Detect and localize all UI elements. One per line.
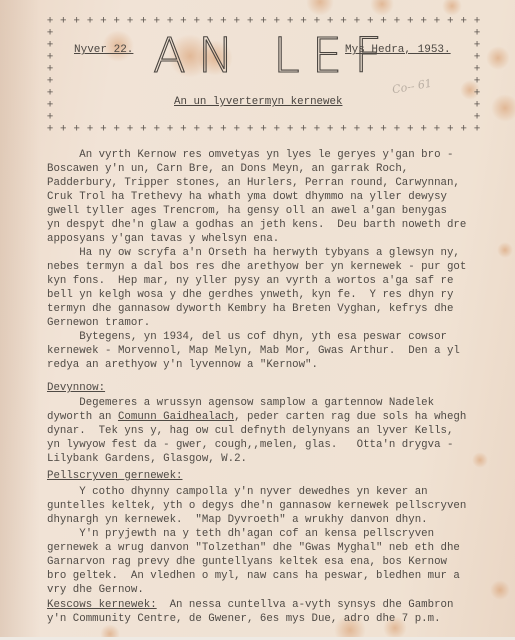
text-line: Cruk Trol ha Trethevy ha whath yma dowt … [47, 192, 447, 203]
border-plus: + [407, 17, 414, 28]
border-plus: + [140, 125, 147, 136]
text-line: yn lywyow fest da - gwer, cough,,melen, … [47, 440, 453, 451]
border-plus: + [47, 77, 54, 88]
text-line: bro geltek. An vledhen o myl, naw cans h… [47, 571, 460, 582]
text-line: gwell tyller ages Trencrom, ha gensy oll… [47, 206, 447, 217]
section-heading: Devynnow: [47, 383, 105, 394]
text-line: nebes termyn a dal bos res dhe arethyow … [47, 262, 466, 273]
text-line: Lilybank Gardens, Glasgow, W.2. [47, 454, 247, 465]
border-plus: + [474, 101, 481, 112]
border-plus: + [447, 17, 454, 28]
newsletter-title: AN LEF [153, 32, 394, 80]
issue-date: Mys Hedra, 1953. [345, 44, 451, 56]
text-line: termyn dhe gannasow dyworth Kembry ha Br… [47, 304, 453, 315]
border-plus: + [260, 17, 267, 28]
newsletter-page: ++++++++++++++++++++++++++++++++++++++++… [0, 0, 515, 637]
text-line: apposyans y'gan tavas y whelsyn ena. [47, 234, 279, 245]
border-plus: + [274, 125, 281, 136]
border-plus: + [47, 65, 54, 76]
border-plus: + [100, 125, 107, 136]
border-plus: + [87, 125, 94, 136]
border-plus: + [327, 17, 334, 28]
border-plus: + [180, 125, 187, 136]
border-plus: + [287, 17, 294, 28]
border-plus: + [474, 17, 481, 28]
border-plus: + [47, 53, 54, 64]
border-plus: + [207, 125, 214, 136]
border-plus: + [167, 17, 174, 28]
text-line: An nessa cuntellva a-vyth synsys dhe Gam… [47, 600, 453, 611]
text-line: yn despyt dhe'n glaw a godhas an jeth ke… [47, 220, 466, 231]
border-plus: + [47, 29, 54, 40]
border-plus: + [380, 17, 387, 28]
border-plus: + [340, 17, 347, 28]
border-plus: + [100, 17, 107, 28]
text-line: Ha ny ow scryfa a'n Orseth ha herwyth ty… [47, 248, 460, 259]
border-plus: + [220, 125, 227, 136]
border-plus: + [287, 125, 294, 136]
newsletter-subtitle: An un lyvertermyn kernewek [174, 96, 342, 108]
border-plus: + [314, 17, 321, 28]
border-plus: + [87, 17, 94, 28]
border-plus: + [193, 17, 200, 28]
pencil-annotation: Co-- 61 [391, 77, 433, 97]
border-plus: + [180, 17, 187, 28]
border-plus: + [434, 125, 441, 136]
issue-number: Nyver 22. [74, 44, 133, 56]
border-plus: + [260, 125, 267, 136]
border-plus: + [47, 41, 54, 52]
border-plus: + [474, 65, 481, 76]
text-line: dhynargh yn kernewek. "Map Dyvroeth" a w… [47, 515, 428, 526]
border-plus: + [47, 101, 54, 112]
underlined-name: Comunn Gaidhealach [118, 411, 234, 423]
border-plus: + [407, 125, 414, 136]
border-plus: + [153, 125, 160, 136]
section-heading: Pellscryven gernewek: [47, 471, 182, 482]
border-plus: + [474, 53, 481, 64]
text-line: Y cotho dhynny campolla y'n nyver dewedh… [47, 487, 428, 498]
border-plus: + [474, 89, 481, 100]
paper-fold-shadow [0, 0, 40, 637]
border-plus: + [193, 125, 200, 136]
border-plus: + [394, 17, 401, 28]
border-plus: + [380, 125, 387, 136]
border-plus: + [234, 17, 241, 28]
border-plus: + [420, 125, 427, 136]
text-line: Y'n pryjewth na y teth dh'agan cof an ke… [47, 529, 434, 540]
text-line: kernewek - Morvennol, Map Melyn, Mab Mor… [47, 346, 460, 357]
text-line: Garnarvon rag prevy dhe guntellyans kelt… [47, 557, 447, 568]
border-plus: + [73, 17, 80, 28]
border-plus: + [247, 17, 254, 28]
border-plus: + [327, 125, 334, 136]
border-plus: + [247, 125, 254, 136]
text-line: y'n Community Centre, de Gwener, 6es mys… [47, 614, 441, 625]
border-plus: + [474, 125, 481, 136]
border-plus: + [153, 17, 160, 28]
text-line: kyn fons. Hep mar, ny yller pysy an vyrt… [47, 276, 453, 287]
text-line: Gernewon tramor. [47, 318, 150, 329]
border-plus: + [340, 125, 347, 136]
text-line: dynar. Tek yns y, hag ow cul defnyth del… [47, 426, 453, 437]
border-plus: + [474, 77, 481, 88]
border-plus: + [207, 17, 214, 28]
border-plus: + [460, 17, 467, 28]
border-plus: + [47, 17, 54, 28]
text-line: Boscawen y'n un, Carn Bre, an Dons Meyn,… [47, 164, 408, 175]
border-plus: + [300, 125, 307, 136]
text-line: vry dhe Gernow. [47, 585, 144, 596]
border-plus: + [60, 17, 67, 28]
border-plus: + [274, 17, 281, 28]
border-plus: + [367, 17, 374, 28]
border-plus: + [474, 41, 481, 52]
text-line: Bytegens, yn 1934, del us cof dhyn, yth … [47, 332, 447, 343]
border-plus: + [127, 17, 134, 28]
border-plus: + [394, 125, 401, 136]
text-line: An vyrth Kernow res omvetyas yn lyes le … [47, 150, 453, 161]
border-plus: + [167, 125, 174, 136]
border-plus: + [140, 17, 147, 28]
border-plus: + [47, 113, 54, 124]
border-plus: + [300, 17, 307, 28]
border-plus: + [367, 125, 374, 136]
border-plus: + [60, 125, 67, 136]
border-plus: + [220, 17, 227, 28]
border-plus: + [113, 17, 120, 28]
border-plus: + [447, 125, 454, 136]
border-plus: + [73, 125, 80, 136]
border-plus: + [354, 125, 361, 136]
text-line: dyworth an Comunn Gaidhealach, peder car… [47, 412, 466, 423]
text-line: Degemeres a wrussyn agensow samplow a ga… [47, 398, 434, 409]
border-plus: + [460, 125, 467, 136]
text-line: Padderbury, Tripper stones, an Hurlers, … [47, 178, 460, 189]
text-line: guntelles keltek, yth o degys dhe'n gann… [47, 501, 466, 512]
border-plus: + [47, 125, 54, 136]
border-plus: + [474, 29, 481, 40]
text-line: redya an arethyow y'n lyvennow a "Kernow… [47, 360, 318, 371]
border-plus: + [354, 17, 361, 28]
border-plus: + [127, 125, 134, 136]
border-plus: + [234, 125, 241, 136]
text-line: bell yn kelgh wosa y dhe gerdhes ynweth,… [47, 290, 453, 301]
border-plus: + [314, 125, 321, 136]
border-plus: + [113, 125, 120, 136]
border-plus: + [434, 17, 441, 28]
border-plus: + [47, 89, 54, 100]
border-plus: + [420, 17, 427, 28]
border-plus: + [474, 113, 481, 124]
text-line: gernewek a wrug danvon "Tolzethan" dhe "… [47, 543, 460, 554]
